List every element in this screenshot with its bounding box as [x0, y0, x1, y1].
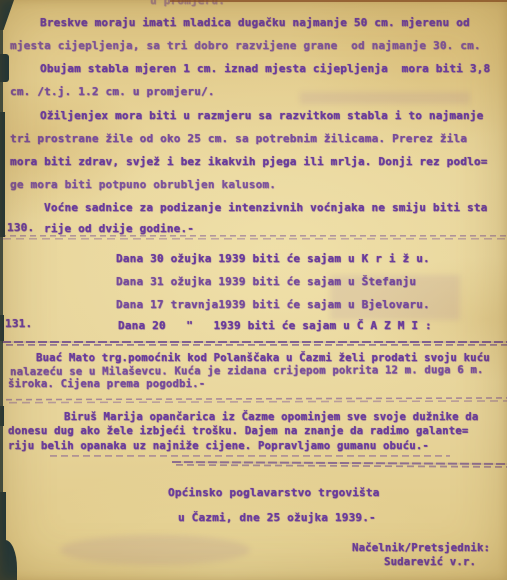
signature-title: Načelnik/Pretsjednik: [352, 542, 490, 555]
typewritten-line: ge mora biti potpuno obrubljen kalusom. [10, 178, 276, 191]
typewritten-line: Dana 31 ožujka 1939 biti će sajam u Štef… [116, 275, 416, 288]
typewritten-line: mora biti zdrav, svjež i bez ikakvih pje… [10, 155, 488, 168]
typewritten-line: Voćne sadnice za podizanje intenzivnih v… [44, 201, 487, 214]
typewritten-line: cm. /t.j. 1.2 cm. u promjeru/. [10, 85, 215, 98]
typewritten-line: Dana 17 travnja1939 biti će sajam u Bjel… [116, 298, 430, 311]
margin-number-130: 130. [7, 221, 34, 234]
typewritten-line: Buać Mato trg.pomoćnik kod Polanščaka u … [36, 352, 490, 365]
typewritten-line: Ožiljenjex mora biti u razmjeru sa razvi… [40, 109, 483, 122]
signature-name: Sudarević v.r. [384, 556, 476, 569]
closing-authority-line: Općinsko poglavarstvo trgovišta [168, 486, 380, 499]
closing-place-date-line: u Čazmi, dne 25 ožujka 1939.- [178, 511, 376, 524]
margin-number-131: 131. [5, 317, 32, 330]
typewritten-line: Obujam stabla mjeren 1 cm. iznad mjesta … [40, 62, 490, 75]
typewritten-line-fragment: u promjeru. [150, 0, 225, 7]
typewritten-line: rije od dvije godine.- [44, 222, 194, 235]
typewritten-line: široka. Cijena prema pogodbi.- [8, 378, 205, 391]
typewritten-line: nalazeću se u Milaševcu. Kuća je zidana … [10, 364, 484, 379]
typewritten-line: donesu dug ako žele izbjeći trošku. Daje… [8, 425, 468, 438]
scanned-document-page: u promjeru. Breskve moraju imati mladica… [0, 0, 507, 580]
typewritten-line: Dana 30 ožujka 1939 biti će sajam u K r … [116, 252, 430, 265]
typewritten-line: Breskve moraju imati mladica dugačku naj… [40, 16, 470, 29]
typewritten-line: tri prostrane žile od oko 25 cm. sa potr… [10, 132, 467, 145]
typewritten-line: Biruš Marija opančarica iz Čazme opominj… [64, 411, 478, 424]
typewritten-line: mjesta cijepljenja, sa tri dobro razvije… [10, 39, 481, 52]
typewritten-line: riju belih opanaka uz najniže cijene. Po… [8, 440, 429, 453]
typewritten-line: Dana 20 " 1939 biti će sajam u Č A Z M I… [118, 319, 432, 332]
